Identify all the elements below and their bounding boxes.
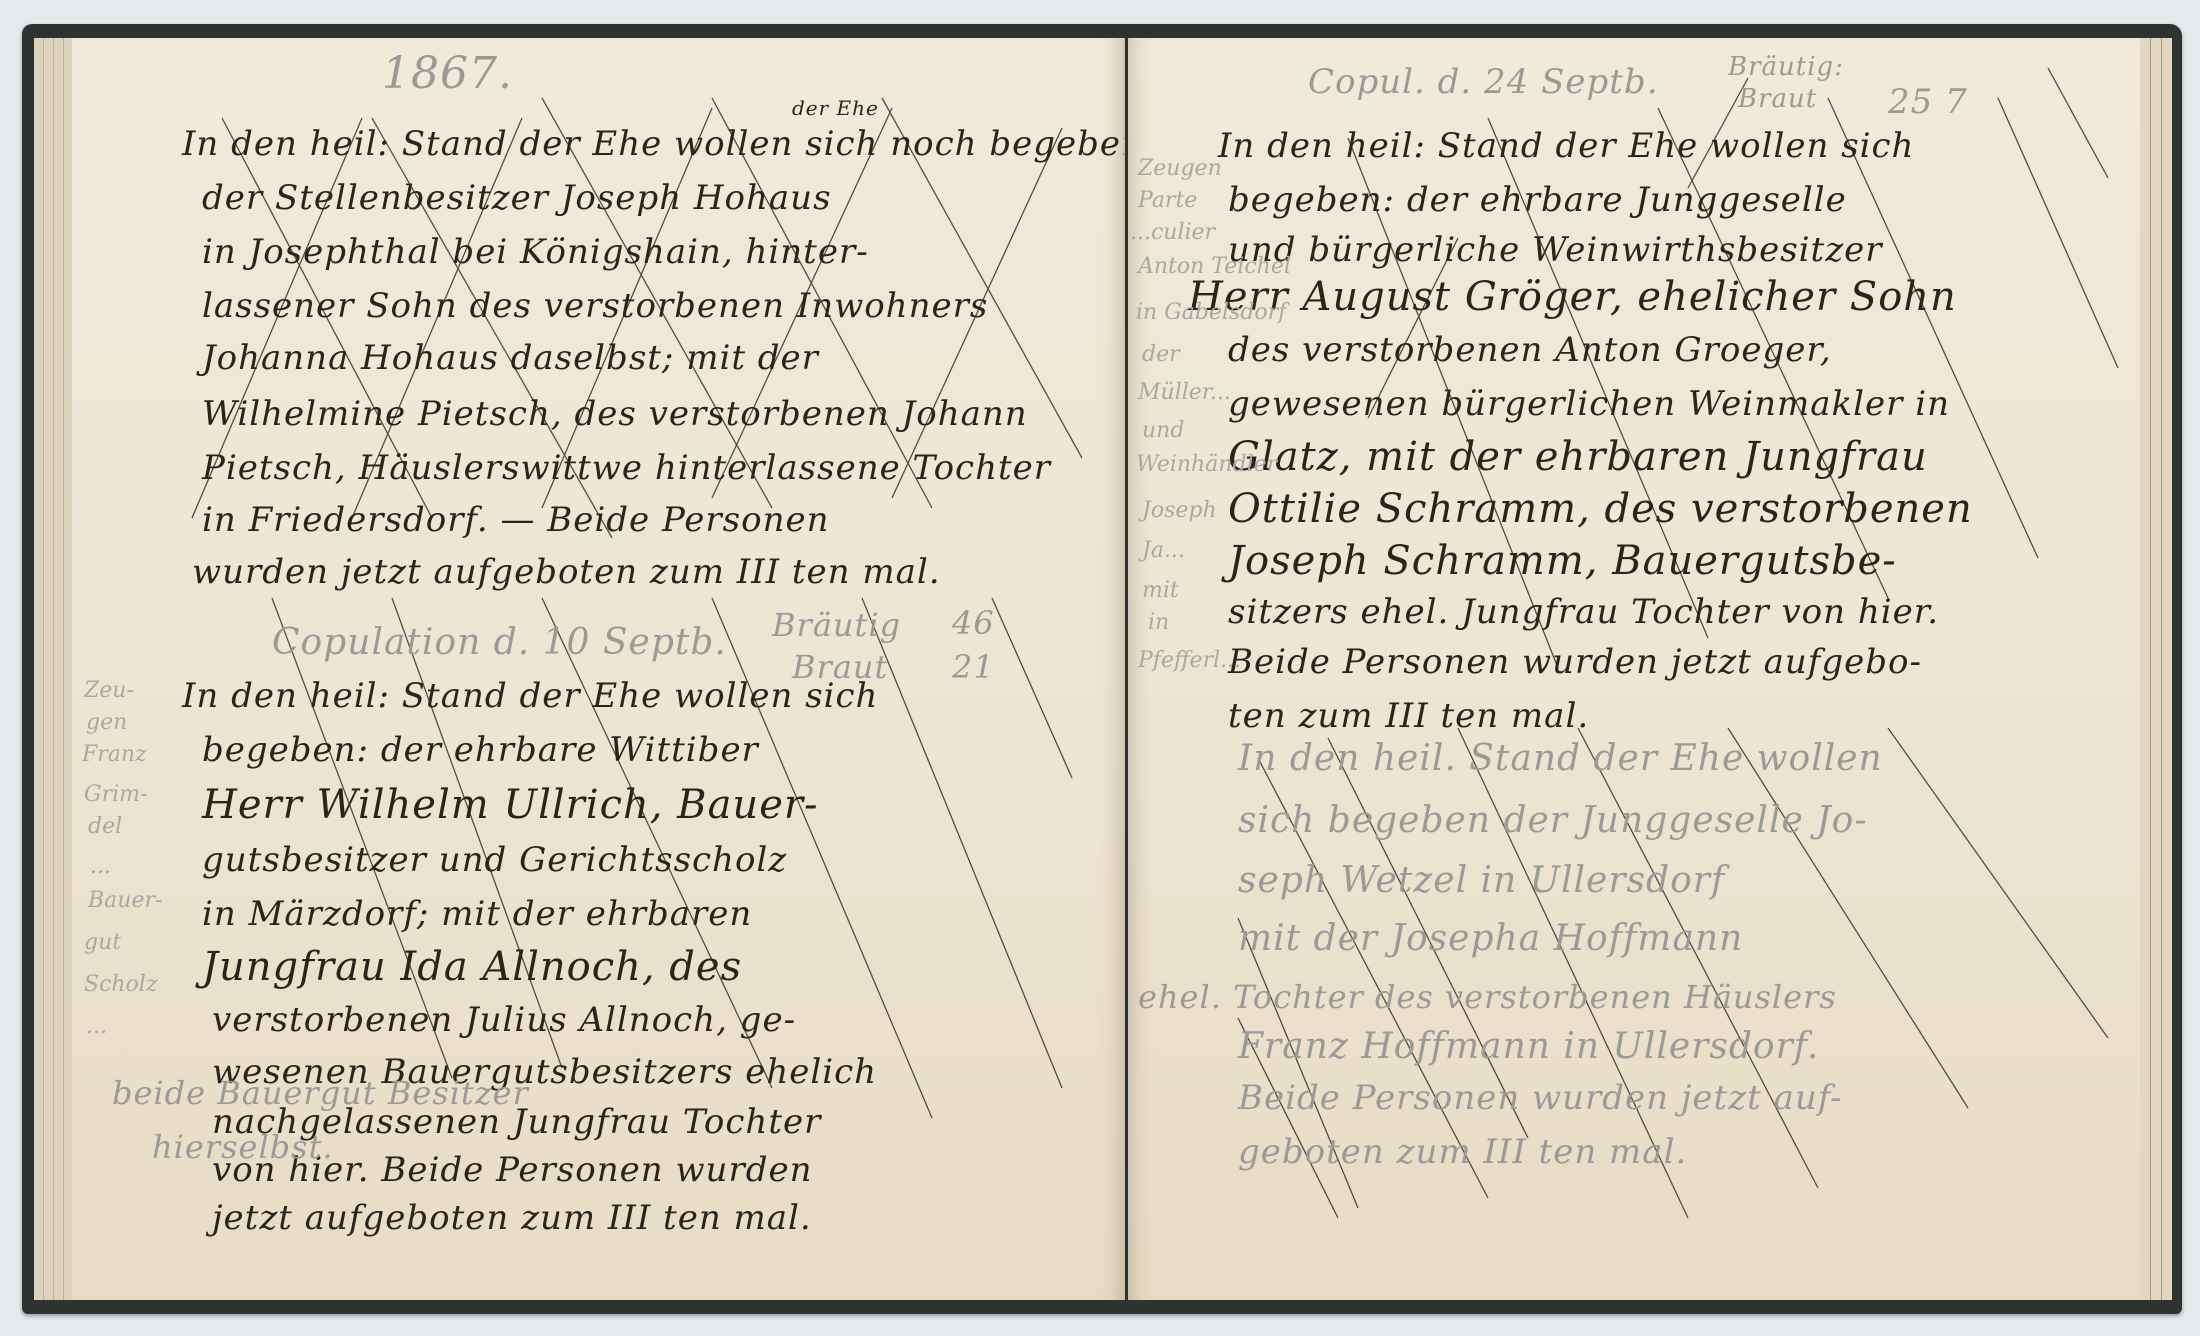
- footer-pencil-line: hierselbst.: [152, 1128, 1124, 1166]
- margin-note: Zeu-: [84, 678, 134, 703]
- entry-1-line: in Friedersdorf. — Beide Personen: [202, 500, 1124, 540]
- margin-note: in Gabelsdorf: [1136, 300, 1286, 325]
- entry-2-line: jetzt aufgeboten zum III ten mal.: [212, 1198, 1124, 1238]
- margin-note: Pfefferl...: [1138, 648, 1241, 673]
- entry-4-line: mit der Josepha Hoffmann: [1238, 918, 2140, 959]
- entry-3-line: Beide Personen wurden jetzt aufgebo-: [1228, 642, 2140, 682]
- margin-note: Zeugen: [1138, 156, 1222, 181]
- margin-note: ...culier: [1130, 220, 1215, 245]
- entry-2-line: verstorbenen Julius Allnoch, ge-: [212, 1000, 1124, 1040]
- margin-note: Franz: [82, 742, 147, 767]
- right-page-edges: [2140, 38, 2172, 1300]
- entry-3-line: Joseph Schramm, Bauergutsbe-: [1228, 538, 2140, 584]
- margin-note: Parte: [1138, 188, 1197, 213]
- book-cover: 1867. der Ehe In den heil: Stand der Ehe…: [22, 24, 2182, 1314]
- page-number: 25 7: [1888, 82, 2028, 122]
- entry-4-line: Franz Hoffmann in Ullersdorf.: [1238, 1026, 2140, 1067]
- entry-4-line: seph Wetzel in Ullersdorf: [1238, 860, 2140, 901]
- margin-note: Weinhändler: [1136, 452, 1277, 477]
- entry-2-line: gutsbesitzer und Gerichtsscholz: [202, 840, 1124, 880]
- footer-pencil-line: beide Bauergut Besitzer: [112, 1074, 1124, 1112]
- entry-1-line: wurden jetzt aufgeboten zum III ten mal.: [192, 552, 1124, 592]
- entry-3-line: In den heil: Stand der Ehe wollen sich: [1218, 126, 2140, 166]
- entry-2-line: In den heil: Stand der Ehe wollen sich: [182, 676, 1124, 716]
- margin-note: Grim-: [84, 782, 147, 807]
- groom-age-label: Bräutig:: [1728, 52, 1928, 82]
- entry-1-line: in Josephthal bei Königshain, hinter-: [202, 232, 1124, 272]
- margin-note: Scholz: [84, 972, 157, 997]
- margin-note: der: [1142, 342, 1180, 367]
- margin-note: Müller...: [1138, 380, 1231, 405]
- entry-4-line: In den heil. Stand der Ehe wollen: [1238, 738, 2140, 779]
- margin-note: Ja...: [1142, 538, 1185, 563]
- entry-3-line: des verstorbenen Anton Groeger,: [1228, 330, 2140, 370]
- entry-3-line: gewesenen bürgerlichen Weinmakler in: [1228, 384, 2140, 424]
- entry-1-line: In den heil: Stand der Ehe wollen sich n…: [182, 124, 1124, 164]
- entry-2-line: in Märzdorf; mit der ehrbaren: [202, 894, 1124, 934]
- entry-2-line: Herr Wilhelm Ullrich, Bauer-: [202, 782, 1124, 828]
- entry-3-line: Herr August Gröger, ehelicher Sohn: [1188, 274, 2140, 320]
- entry-1-line: Johanna Hohaus daselbst; mit der: [202, 338, 1124, 378]
- entry-2-line: begeben: der ehrbare Wittiber: [202, 730, 1124, 770]
- entry-1-line: der Stellenbesitzer Joseph Hohaus: [202, 178, 1124, 218]
- margin-note: mit: [1142, 578, 1179, 603]
- entry-1-line: Pietsch, Häuslerswittwe hinterlassene To…: [202, 448, 1124, 488]
- groom-age-label: Bräutig: [772, 606, 972, 644]
- margin-note: ...: [90, 854, 111, 879]
- left-page: 1867. der Ehe In den heil: Stand der Ehe…: [72, 38, 1125, 1300]
- entry-3-line: ten zum III ten mal.: [1228, 696, 2140, 736]
- entry-4-line: sich begeben der Junggeselle Jo-: [1238, 800, 2140, 841]
- entry-3-line: Ottilie Schramm, des verstorbenen: [1228, 486, 2140, 532]
- entry-4-line: geboten zum III ten mal.: [1238, 1132, 2140, 1172]
- margin-note: und: [1142, 418, 1184, 443]
- entry-3-line: Glatz, mit der ehrbaren Jungfrau: [1228, 434, 2140, 480]
- entry-2-line: Jungfrau Ida Allnoch, des: [202, 944, 1124, 990]
- entry-3-line: und bürgerliche Weinwirthsbesitzer: [1228, 230, 2140, 270]
- margin-note: Joseph: [1142, 498, 1217, 523]
- entry-3-line: begeben: der ehrbare Junggeselle: [1228, 180, 2140, 220]
- margin-note: ...: [86, 1014, 107, 1039]
- year-note: 1867.: [382, 48, 1124, 99]
- margin-note: Anton Teichel: [1138, 254, 1291, 279]
- margin-note: del: [88, 814, 122, 839]
- left-page-edges: [34, 38, 72, 1300]
- entry-3-line: sitzers ehel. Jungfrau Tochter von hier.: [1228, 592, 2140, 632]
- groom-age: 46: [952, 604, 1032, 642]
- entry-4-line: Beide Personen wurden jetzt auf-: [1238, 1078, 2140, 1118]
- entry-1-line: lassener Sohn des verstorbenen Inwohners: [202, 286, 1124, 326]
- entry-4-line: ehel. Tochter des verstorbenen Häuslers: [1138, 978, 2140, 1016]
- margin-note: in: [1148, 610, 1169, 635]
- margin-note: Bauer-: [88, 888, 162, 913]
- entry-1-line: Wilhelmine Pietsch, des verstorbenen Joh…: [202, 394, 1124, 434]
- insert-der-ehe: der Ehe: [792, 96, 1124, 120]
- margin-note: gut: [84, 930, 121, 955]
- margin-note: gen: [86, 710, 127, 735]
- right-page: Copul. d. 24 Septb. Bräutig: Braut 25 7 …: [1128, 38, 2140, 1300]
